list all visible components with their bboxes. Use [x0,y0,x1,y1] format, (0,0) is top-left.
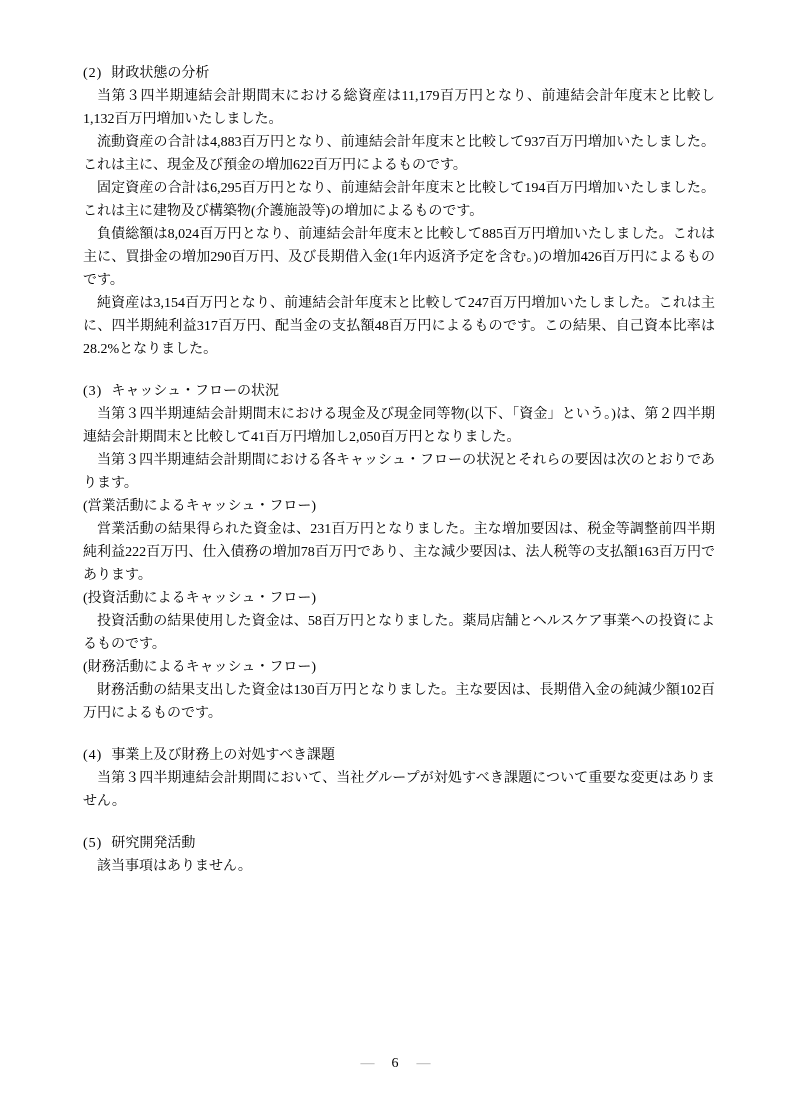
subsection-heading: (営業活動によるキャッシュ・フロー) [83,495,715,518]
paragraph-fixed-assets: 固定資産の合計は6,295百万円となり、前連結会計年度末と比較して194百万円増… [83,177,715,223]
section-title: キャッシュ・フローの状況 [102,384,279,399]
section-cash-flow: (3)キャッシュ・フローの状況 当第３四半期連結会計期間末における現金及び現金同… [83,380,715,725]
paragraph-liabilities: 負債総額は8,024百万円となり、前連結会計年度末と比較して885百万円増加いた… [83,223,715,292]
subsection-financing-cash-flow: (財務活動によるキャッシュ・フロー) 財務活動の結果支出した資金は130百万円と… [83,656,715,725]
section-number: (2) [83,66,102,81]
paragraph-business-issues: 当第３四半期連結会計期間において、当社グループが対処すべき課題について重要な変更… [83,767,715,813]
paragraph-cash-equivalents: 当第３四半期連結会計期間末における現金及び現金同等物(以下、「資金」という。)は… [83,403,715,449]
paragraph-cash-flow-intro: 当第３四半期連結会計期間における各キャッシュ・フローの状況とそれらの要因は次のと… [83,449,715,495]
section-number: (4) [83,748,102,763]
section-heading: (3)キャッシュ・フローの状況 [83,380,715,403]
subsection-heading: (財務活動によるキャッシュ・フロー) [83,656,715,679]
paragraph-net-assets: 純資産は3,154百万円となり、前連結会計年度末と比較して247百万円増加いたし… [83,292,715,361]
section-financial-condition: (2)財政状態の分析 当第３四半期連結会計期間末における総資産は11,179百万… [83,62,715,361]
section-heading: (2)財政状態の分析 [83,62,715,85]
paragraph-total-assets: 当第３四半期連結会計期間末における総資産は11,179百万円となり、前連結会計年… [83,85,715,131]
section-title: 事業上及び財務上の対処すべき課題 [102,748,335,763]
section-heading: (4)事業上及び財務上の対処すべき課題 [83,744,715,767]
subsection-body: 営業活動の結果得られた資金は、231百万円となりました。主な増加要因は、税金等調… [83,518,715,587]
paragraph-current-assets: 流動資産の合計は4,883百万円となり、前連結会計年度末と比較して937百万円増… [83,131,715,177]
section-number: (5) [83,836,102,851]
page-number: 6 [392,1052,399,1075]
subsection-body: 投資活動の結果使用した資金は、58百万円となりました。薬局店舗とヘルスケア事業へ… [83,610,715,656]
section-business-issues: (4)事業上及び財務上の対処すべき課題 当第３四半期連結会計期間において、当社グ… [83,744,715,813]
subsection-operating-cash-flow: (営業活動によるキャッシュ・フロー) 営業活動の結果得られた資金は、231百万円… [83,495,715,587]
footer-dash-right: ― [417,1056,430,1071]
section-heading: (5)研究開発活動 [83,832,715,855]
subsection-body: 財務活動の結果支出した資金は130百万円となりました。主な要因は、長期借入金の純… [83,679,715,725]
subsection-investing-cash-flow: (投資活動によるキャッシュ・フロー) 投資活動の結果使用した資金は、58百万円と… [83,587,715,656]
paragraph-rd-none: 該当事項はありません。 [83,855,715,878]
page-footer: ―6― [0,1052,790,1075]
section-title: 研究開発活動 [102,836,195,851]
report-page: (2)財政状態の分析 当第３四半期連結会計期間末における総資産は11,179百万… [0,0,790,1118]
section-research-development: (5)研究開発活動 該当事項はありません。 [83,832,715,878]
footer-dash-left: ― [361,1056,374,1071]
section-title: 財政状態の分析 [102,66,209,81]
subsection-heading: (投資活動によるキャッシュ・フロー) [83,587,715,610]
section-number: (3) [83,384,102,399]
